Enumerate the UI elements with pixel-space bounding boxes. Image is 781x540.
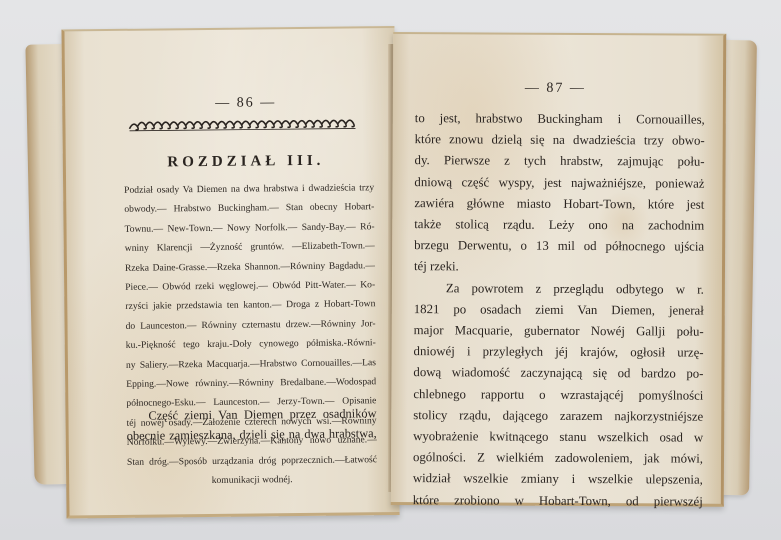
body-line: obecnie zamieszkana, dzieli się na dwa h… xyxy=(127,423,377,446)
body-line: téj rzeki. xyxy=(414,257,704,280)
body-text-right: to jest, hrabstwo Buckingham i Cornouail… xyxy=(413,108,705,512)
summary-line: Podział osady Va Diemen na dwa hrabstwa … xyxy=(124,178,374,200)
summary-line: komunikacji wodnéj. xyxy=(127,469,377,491)
body-line: dy. Pierwsze z tych hrabstw, zajmując po… xyxy=(415,151,705,174)
body-line: widział wszelkie zmiany i wszelkie uleps… xyxy=(413,469,703,492)
body-line: dową wiadomość zaczynającą się od bardzo… xyxy=(413,363,703,386)
summary-line: do Launceston.— Równiny czternastu drzew… xyxy=(125,314,375,336)
body-line: stolicy rządu, dającego zarazem najkorzy… xyxy=(413,405,703,428)
body-line: ogólności. Z wielkiém zadowoleniem, jak … xyxy=(413,447,703,470)
summary-line: wniny Klarencji —Żyzność gruntów. —Eliza… xyxy=(125,236,375,258)
body-line: brzegu Derwentu, o 13 mil od północnego … xyxy=(414,235,704,258)
body-line: dniowéj i przyległych jéj krajów, ogłosi… xyxy=(414,341,704,364)
summary-line: Stan dróg.—Sposób urządzania dróg poprze… xyxy=(127,450,377,472)
page-number-right: — 87 — xyxy=(525,81,586,97)
summary-line: Piece.— Obwód rzeki węglowej.— Obwód Pit… xyxy=(125,275,375,297)
body-line: zawiéra główne miasto Hobart-Town, które… xyxy=(414,193,704,216)
body-line: chlebnego rapportu o wzrastającéj pomyśl… xyxy=(413,384,703,407)
summary-line: rzyści jakie przedstawia ten kanton.— Dr… xyxy=(125,295,375,317)
right-page: — 87 — to jest, hrabstwo Buckingham i Co… xyxy=(391,32,726,507)
body-line: które znowu dzielą się na dwadzieścia tr… xyxy=(415,129,705,152)
body-line: Część ziemi Van Diemen przez osadników xyxy=(126,403,376,426)
page-number-left: — 86 — xyxy=(215,95,276,112)
body-line: major Macquarie, gubernator Nowéj Gallji… xyxy=(414,320,704,343)
summary-line: ny Saliery.—Rzeka Macquarja.—Hrabstwo Co… xyxy=(126,353,376,375)
body-line: 1821 po osadach ziemi Van Diemen, jenera… xyxy=(414,299,704,322)
decorative-ornament-icon xyxy=(127,116,359,132)
left-page: — 86 — ROZDZIAŁ III. Podział osady Va Di… xyxy=(61,26,399,518)
body-line: które zrobiono w Hobart-Town, od pierwsz… xyxy=(413,490,703,513)
scroll-ornament-icon xyxy=(127,116,359,132)
body-text-left: Część ziemi Van Diemen przez osadników o… xyxy=(126,403,376,446)
body-line: także stolicą rządu. Leży ono na zachodn… xyxy=(414,214,704,237)
body-line: Za powrotem z przeglądu odbytego w r. xyxy=(414,278,704,301)
chapter-title: ROZDZIAŁ III. xyxy=(126,152,366,172)
body-line: wyobrażenie kwitnącego stanu wszelkich o… xyxy=(413,426,703,449)
body-line: dniową część wyspy, jest najważniéjsze, … xyxy=(414,172,704,195)
open-book: — 86 — ROZDZIAŁ III. Podział osady Va Di… xyxy=(0,0,781,540)
summary-line: ku.-Piękność tego kraju.-Doły cynowego p… xyxy=(126,333,376,355)
summary-line: Epping.—Nowe równiny.—Równiny Bredalbane… xyxy=(126,372,376,394)
summary-line: Rzeka Daine-Grasse.—Rzeka Shannon.—Równi… xyxy=(125,256,375,278)
summary-line: Townu.— New-Town.— Nowy Norfolk.— Sandy-… xyxy=(124,217,374,239)
body-line: to jest, hrabstwo Buckingham i Cornouail… xyxy=(415,108,705,131)
summary-line: obwody.— Hrabstwo Buckingham.— Stan obec… xyxy=(124,198,374,220)
